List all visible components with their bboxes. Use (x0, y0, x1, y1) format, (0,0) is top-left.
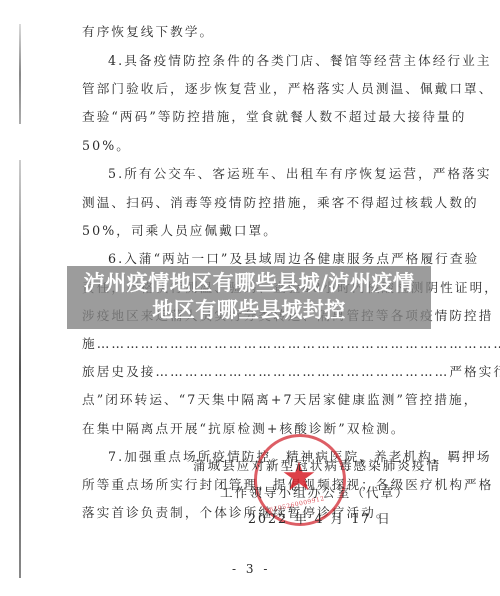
doc-line: 50%，司乘人员应佩戴口罩。 (82, 221, 278, 241)
doc-line: 测温、扫码、消毒等疫情防控措施，乘客不得超过核载人数的 (82, 193, 479, 213)
scan-edge-bottom (19, 160, 21, 578)
overlay-title-line1: 泸州疫情地区有哪些县城/泸州疫情 (67, 270, 431, 297)
doc-line: 施……………………………………………………………………………………………………省… (82, 334, 500, 354)
signature-org-line1: 蒲城县应对新型冠状病毒感染肺炎疫情 (193, 455, 441, 474)
doc-line: 管部门验收后，逐步恢复营业，严格落实人员测温、佩戴口罩、 (82, 79, 493, 99)
doc-line: 点”闭环转运、“7天集中隔离+7天居家健康监测”管控措施， (82, 390, 478, 410)
doc-line: 在集中隔离点开展“抗原检测+核酸诊断”双检测。 (82, 419, 406, 439)
doc-line: 4.具备疫情防控条件的各类门店、餐馆等经营主体经行业主 (82, 51, 492, 71)
signature-org-line2: 工作领导小组办公室（代章） (220, 482, 410, 501)
doc-line: 有序恢复线下教学。 (82, 22, 214, 42)
doc-line: 5.所有公交车、客运班车、出租车有序恢复运营，严格落实 (82, 164, 492, 184)
signature-date: 2022 年 4 月 17 日 (248, 508, 392, 527)
doc-line: 旅居史及接……………………………………………………严格实行“点对 (82, 362, 500, 382)
page-number: - 3 - (232, 562, 270, 576)
scan-edge-top (19, 24, 21, 124)
doc-line: 查验“两码”等防控措施，堂食就餐人数不超过最大接待量的 (82, 107, 466, 127)
doc-line: 50%。 (82, 136, 131, 156)
overlay-title-line2: 地区有哪些县城封控 (67, 297, 431, 324)
overlay-title: 泸州疫情地区有哪些县城/泸州疫情 地区有哪些县城封控 (67, 266, 431, 324)
